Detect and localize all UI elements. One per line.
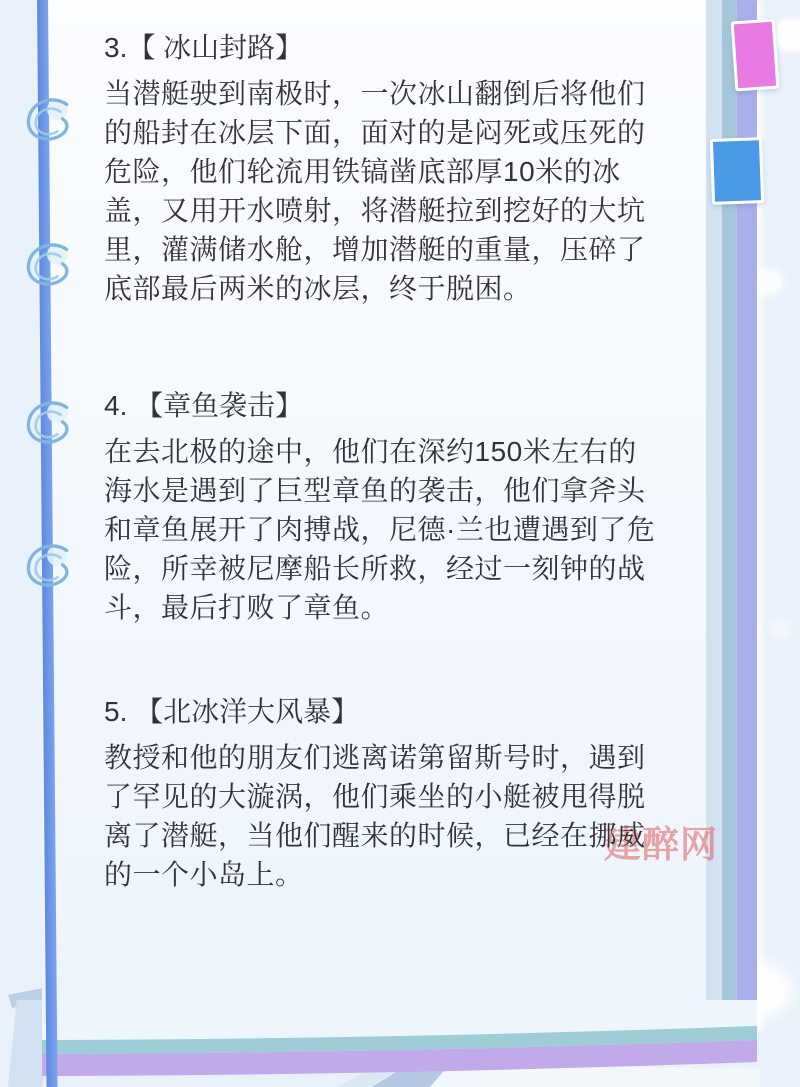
binder-ring-icon bbox=[15, 399, 77, 451]
bokeh-circle bbox=[770, 620, 792, 640]
section-title: 3.【 冰山封路】 bbox=[104, 28, 660, 68]
blue-sticky-tab bbox=[710, 137, 764, 205]
note-section-4: 4. 【章鱼袭击】 在去北极的途中，他们在深约150米左右的海水是遇到了巨型章鱼… bbox=[104, 386, 660, 627]
note-section-3: 3.【 冰山封路】 当潜艇驶到南极时，一次冰山翻倒后将他们的船封在冰层下面，面对… bbox=[104, 28, 660, 308]
section-body: 当潜艇驶到南极时，一次冰山翻倒后将他们的船封在冰层下面，面对的是闷死或压死的危险… bbox=[104, 74, 660, 308]
pink-sticky-tab bbox=[731, 19, 780, 92]
section-body: 教授和他的朋友们逃离诺第留斯号时，遇到了罕见的大漩涡，他们乘坐的小艇被甩得脱离了… bbox=[104, 738, 660, 894]
binder-ring-icon bbox=[15, 96, 77, 148]
section-title: 5. 【北冰洋大风暴】 bbox=[104, 692, 660, 732]
note-section-5: 5. 【北冰洋大风暴】 教授和他的朋友们逃离诺第留斯号时，遇到了罕见的大漩涡，他… bbox=[104, 692, 660, 894]
page-bottom-bands bbox=[42, 1000, 757, 1087]
binder-ring-icon bbox=[15, 542, 77, 594]
section-title: 4. 【章鱼袭击】 bbox=[104, 386, 660, 426]
section-body: 在去北极的途中，他们在深约150米左右的海水是遇到了巨型章鱼的袭击，他们拿斧头和… bbox=[104, 432, 660, 627]
binder-ring-icon bbox=[15, 241, 77, 293]
